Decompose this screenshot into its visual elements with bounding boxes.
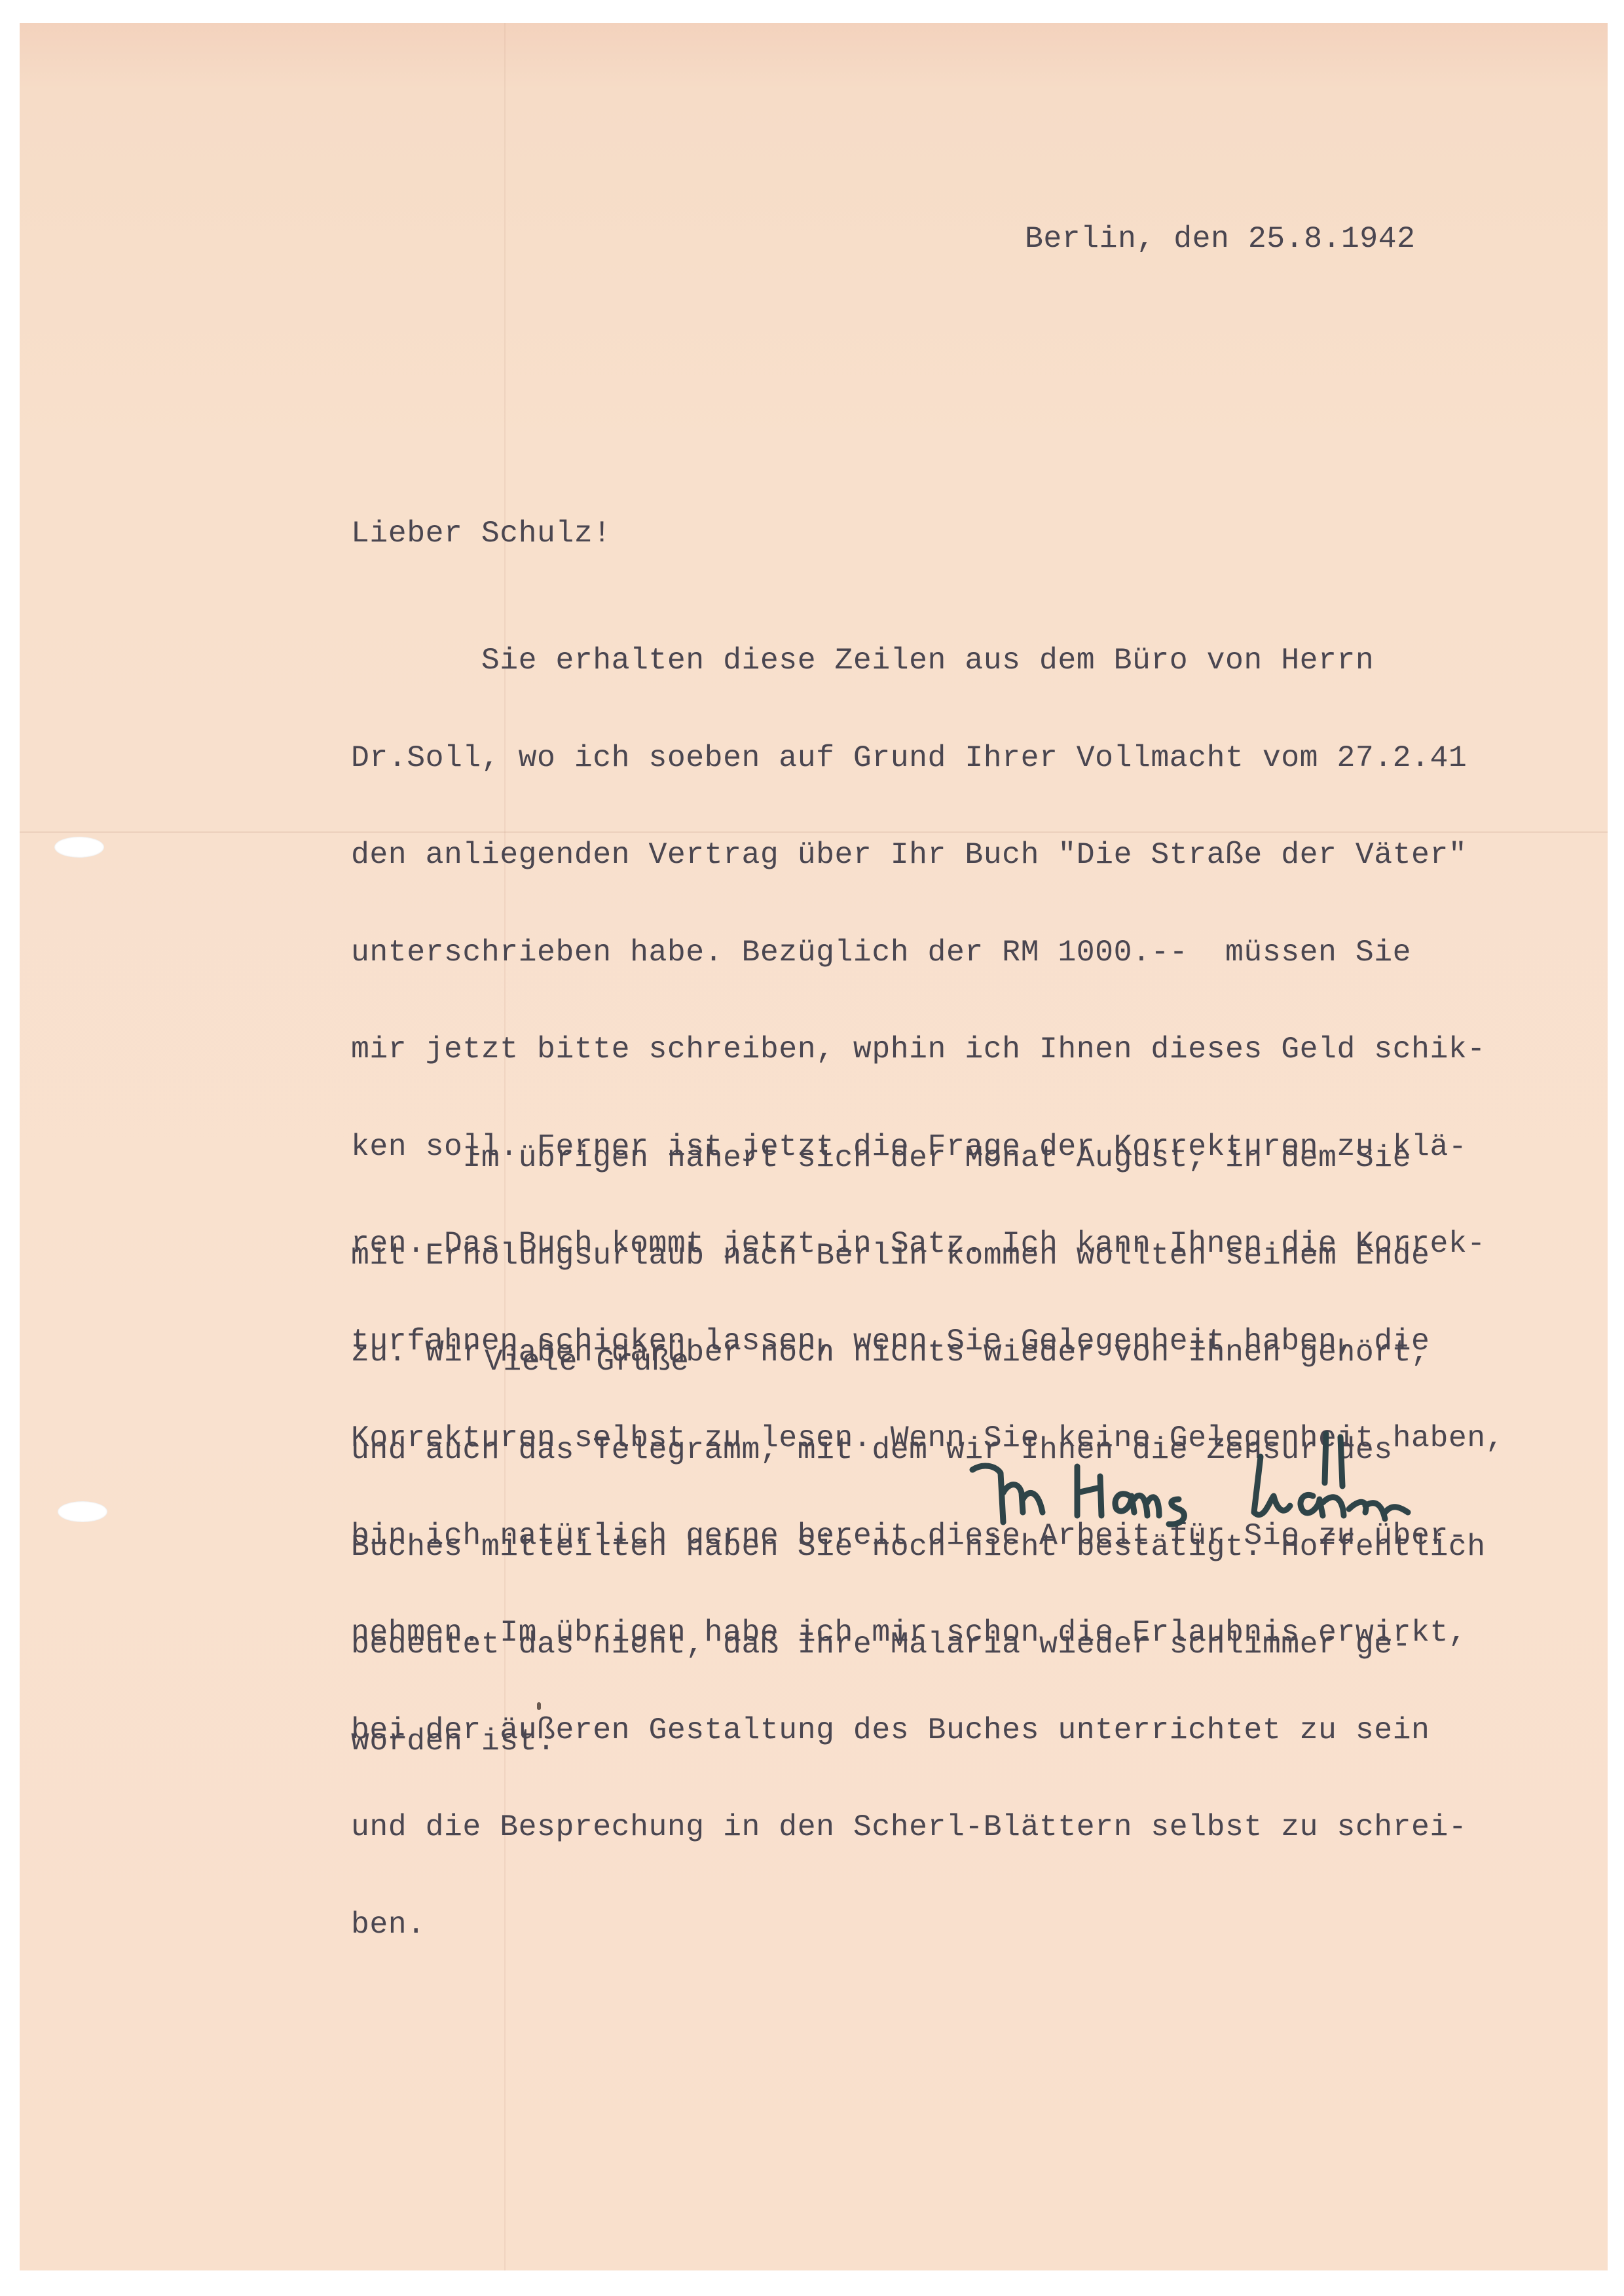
text-line: ben. <box>351 1908 1504 1941</box>
text-line: Sie erhalten diese Zeilen aus dem Büro v… <box>351 644 1504 677</box>
text-line: bedeutet das nicht, daß Ihre Malaria wie… <box>351 1628 1486 1661</box>
text-line: den anliegenden Vertrag über Ihr Buch "D… <box>351 839 1504 871</box>
text-line: und die Besprechung in den Scherl-Blätte… <box>351 1811 1504 1844</box>
place-date: Berlin, den 25.8.1942 <box>1025 223 1416 255</box>
text-line: unterschrieben habe. Bezüglich der RM 10… <box>351 936 1504 969</box>
punch-hole-icon <box>58 1501 107 1522</box>
closing: Viele Grüße <box>485 1345 689 1378</box>
handwritten-signature: Ihr Hans Wörner <box>956 1408 1519 1539</box>
text-line: Im übrigen nähert sich der Monat August,… <box>351 1142 1486 1175</box>
text-line: worden ist. <box>351 1725 1486 1758</box>
text-line: mit Erholungsurlaub nach Berlin kommen w… <box>351 1239 1486 1272</box>
text-line: mir jetzt bitte schreiben, wphin ich Ihn… <box>351 1033 1504 1066</box>
punch-hole-icon <box>54 837 104 858</box>
salutation: Lieber Schulz! <box>351 517 612 550</box>
text-line: Dr.Soll, wo ich soeben auf Grund Ihrer V… <box>351 742 1504 774</box>
